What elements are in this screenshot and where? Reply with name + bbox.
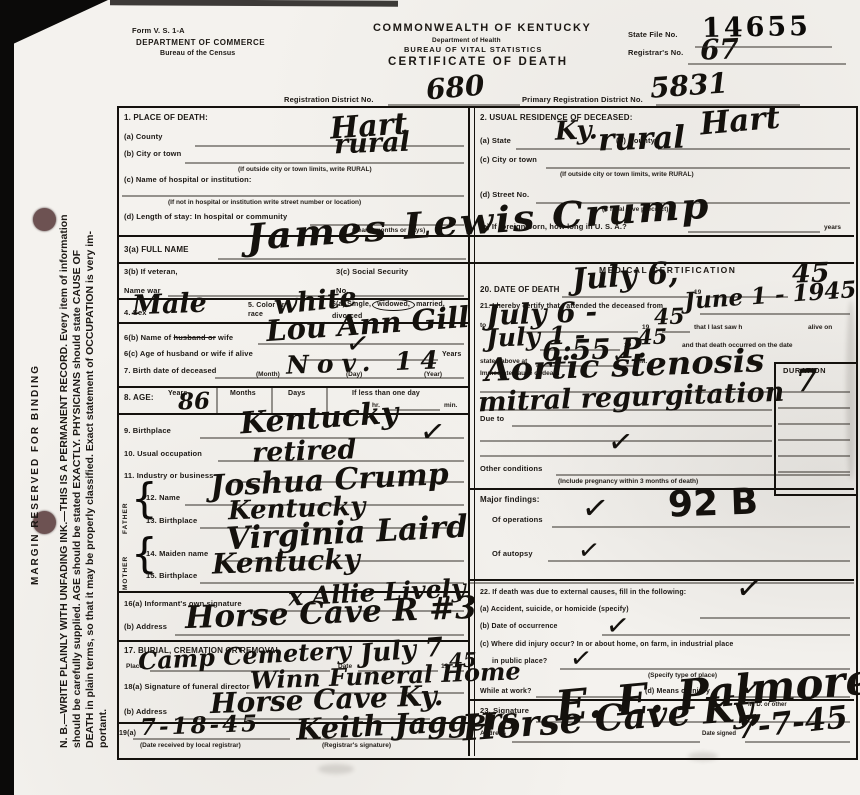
certify-line-2b: alive on xyxy=(808,324,832,331)
birthdate-year-hint: (Year) xyxy=(424,371,442,378)
pod-hospital-hint: (If not in hospital or institution write… xyxy=(168,199,361,206)
res-city-label: (c) City or town xyxy=(480,155,537,164)
birthdate-day-hint: (Day) xyxy=(346,371,362,378)
age-months-label: Months xyxy=(230,390,256,397)
res-state-label: (a) State xyxy=(480,136,511,145)
death-certificate-scan: MARGIN RESERVED FOR BINDING N. B.—WRITE … xyxy=(0,0,860,795)
spouse-struck-husband: husband or xyxy=(173,333,215,342)
occurrence-label: (b) Date of occurrence xyxy=(480,623,558,630)
certify-line-2: that I last saw h xyxy=(694,324,742,331)
pod-city-label: (b) City or town xyxy=(124,149,181,158)
mother-birthplace-label: 15. Birthplace xyxy=(146,571,197,580)
check-mark-where: ✓ xyxy=(568,645,593,674)
of-operations-label: Of operations xyxy=(492,515,543,524)
of-autopsy-label: Of autopsy xyxy=(492,549,533,558)
where-injury-label: (c) Where did injury occur? In or about … xyxy=(480,641,733,648)
date-of-death-value: July 6, xyxy=(571,258,679,295)
duration-value: 7 xyxy=(795,366,818,398)
received-date-value: 7-18-45 xyxy=(140,712,261,739)
birthdate-month-hint: (Month) xyxy=(256,371,280,378)
date-of-death-label: 20. DATE OF DEATH xyxy=(480,285,560,294)
color-race-label-2: race xyxy=(248,311,263,318)
mother-maiden-name-label: 14. Maiden name xyxy=(146,549,208,558)
check-mark-occupation: ✓ xyxy=(418,416,447,449)
operations-value: 92 B xyxy=(667,484,758,523)
father-birthplace-label: 13. Birthplace xyxy=(146,516,197,525)
spouse-post: wife xyxy=(218,333,233,342)
major-findings-label: Major findings: xyxy=(480,495,540,504)
check-mark-occurrence: ✓ xyxy=(604,611,631,642)
res-state-value: Ky. xyxy=(555,117,598,144)
while-at-work-label: While at work? xyxy=(480,688,532,695)
check-mark-external: ✓ xyxy=(734,570,765,605)
public-place-label: in public place? xyxy=(492,658,547,665)
check-mark-due-to: ✓ xyxy=(606,426,635,459)
place-of-death-heading: 1. PLACE OF DEATH: xyxy=(124,113,208,122)
age-years-value: 86 xyxy=(178,389,211,413)
res-city-value: rural xyxy=(597,122,685,156)
accident-label: (a) Accident, suicide, or homicide (spec… xyxy=(480,606,629,613)
occupation-label: 10. Usual occupation xyxy=(124,449,202,458)
sex-value: Male xyxy=(132,290,208,320)
spouse-pre: 6(b) Name of xyxy=(124,333,171,342)
birthplace-label: 9. Birthplace xyxy=(124,426,171,435)
informant-address-label: (b) Address xyxy=(124,622,167,631)
father-side-label: FATHER xyxy=(122,502,129,534)
received-hint: (Date received by local registrar) xyxy=(140,742,241,749)
check-mark-operations: ✓ xyxy=(580,490,611,525)
pod-hospital-label: (c) Name of hospital or institution: xyxy=(124,175,251,184)
spouse-name-label: 6(b) Name of husband or wife xyxy=(124,333,233,342)
spouse-age-label: 6(c) Age of husband or wife if alive xyxy=(124,349,253,358)
age-days-label: Days xyxy=(288,390,305,397)
age-min-label: min. xyxy=(444,402,457,409)
social-security-label: 3(c) Social Security xyxy=(336,267,408,276)
check-mark-autopsy: ✓ xyxy=(576,537,601,566)
pod-county-label: (a) County xyxy=(124,132,163,141)
veteran-label: 3(b) If veteran, xyxy=(124,267,178,276)
birthdate-label: 7. Birth date of deceased xyxy=(124,366,217,375)
pod-city-hint: (If outside city or town limits, write R… xyxy=(238,166,372,173)
mother-birthplace-value: Kentucky xyxy=(212,545,361,578)
res-county-value: Hart xyxy=(699,103,781,141)
age-label: 8. AGE: xyxy=(124,393,154,402)
res-foreign-years: years xyxy=(824,224,841,231)
other-conditions-label: Other conditions xyxy=(480,464,542,473)
birthdate-value: Nov. 14 xyxy=(286,347,447,378)
pod-city-value: rural xyxy=(334,129,411,159)
received-label: 19(a) xyxy=(119,730,136,737)
mother-side-label: MOTHER xyxy=(122,556,129,590)
father-name-label: 12. Name xyxy=(146,493,180,502)
res-city-hint: (If outside city or town limits, write R… xyxy=(560,171,694,178)
external-causes-heading: 22. If death was due to external causes,… xyxy=(480,589,686,596)
fullname-label: 3(a) FULL NAME xyxy=(124,245,189,254)
